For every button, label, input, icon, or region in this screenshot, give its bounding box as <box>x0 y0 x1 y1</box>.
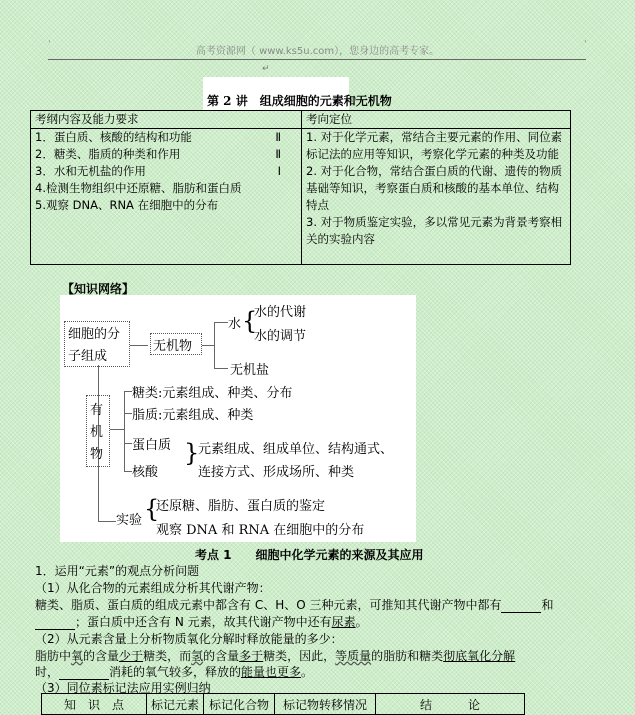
knowledge-network-diagram: 细胞的分 子组成 无机物 水 { 水的代谢 水的调节 无机盐 有 机 物 糖类:… <box>60 295 416 542</box>
orientation-list: 1. 对于化学元素，常结合主要元素的作用、同位素标记法的应用等知识，考察化学元素… <box>302 129 571 265</box>
section-title: 考点 1 细胞中化学元素的来源及其应用 <box>195 546 424 563</box>
paragraph: ；蛋白质中还含有 N 元素，故其代谢产物中还有尿素。 <box>35 613 368 630</box>
connector <box>124 413 132 414</box>
experiment-item: 观察 DNA 和 RNA 在细胞中的分布 <box>156 519 364 538</box>
requirement-item: 3．水和无机盐的作用Ⅰ <box>35 163 301 180</box>
orientation-header: 考向定位 <box>302 111 571 129</box>
paragraph: 1．运用“元素”的观点分析问题 <box>35 562 199 579</box>
requirement-item: 2．糖类、脂质的种类和作用Ⅱ <box>35 146 301 163</box>
organic-char: 有 <box>90 399 103 418</box>
paragraph: 脂肪中氧的含量少于糖类，而氢的含量多于糖类，因此，等质量的脂肪和糖类彻底氧化分解 <box>35 647 515 664</box>
requirements-table: 考纲内容及能力要求 考向定位 1．蛋白质、核酸的结构和功能Ⅱ 2．糖类、脂质的种… <box>30 110 571 265</box>
pn-detail: 元素组成、组成单位、结构通式、 <box>198 438 393 457</box>
connector <box>214 322 228 323</box>
connector <box>130 345 148 346</box>
connector <box>202 345 214 346</box>
column-header: 标记元素 <box>147 694 204 715</box>
connector <box>214 322 215 368</box>
protein-item: 蛋白质 <box>132 434 171 453</box>
requirement-item: 4.检测生物组织中还原糖、脂肪和蛋白质 <box>35 180 301 197</box>
requirements-header: 考纲内容及能力要求 <box>31 111 302 129</box>
column-header: 标记化合物 <box>204 694 275 715</box>
connector <box>124 443 132 444</box>
column-header: 知 识 点 <box>42 694 147 715</box>
lecture-title: 第 2 讲 组成细胞的元素和无机物 <box>207 92 392 109</box>
fill-blank[interactable] <box>35 615 75 630</box>
experiment-item: 还原糖、脂肪、蛋白质的鉴定 <box>156 495 325 514</box>
corner-mark: ˈ <box>48 40 50 50</box>
paragraph-mark: ↵ <box>350 96 358 106</box>
header-rule <box>48 59 586 60</box>
salt-label: 无机盐 <box>230 359 269 378</box>
connector <box>124 471 132 472</box>
paragraph-mark: ↵ <box>262 64 270 74</box>
pn-detail: 连接方式、形成场所、种类 <box>198 461 354 480</box>
connector <box>124 391 132 392</box>
site-header-text: 高考资源网（ www.ks5u.com），您身边的高考专家。 <box>0 42 635 57</box>
requirement-item: 5.观察 DNA、RNA 在细胞中的分布 <box>35 197 301 214</box>
experiment-label: 实验 <box>116 509 142 528</box>
requirement-item: 1．蛋白质、核酸的结构和功能Ⅱ <box>35 129 301 146</box>
inorganic-label: 无机物 <box>153 335 192 354</box>
orientation-item: 3. 对于物质鉴定实验，多以常见元素为背景考察相关的实验内容 <box>306 214 570 248</box>
lipid-item: 脂质:元素组成、种类 <box>132 404 253 423</box>
table-header-row: 知 识 点 标记元素 标记化合物 标记物转移情况 结 论 <box>42 694 525 715</box>
connector <box>110 429 124 430</box>
connector <box>214 368 228 369</box>
paragraph: （1）从化合物的元素组成分析其代谢产物： <box>35 579 271 596</box>
organic-char: 物 <box>90 443 103 462</box>
organic-char: 机 <box>90 421 103 440</box>
nucleic-item: 核酸 <box>132 461 158 480</box>
root-label-2: 子组成 <box>68 345 107 364</box>
fill-blank[interactable] <box>501 598 541 613</box>
orientation-item: 2. 对于化合物，常结合蛋白质的代谢、遗传的物质基础等知识，考察蛋白质和核酸的基… <box>306 163 570 214</box>
paragraph: 糖类、脂质、蛋白质的组成元素中都含有 C、H、O 三种元素，可推知其代谢产物中都… <box>35 596 554 613</box>
brace-icon: } <box>184 439 199 467</box>
corner-mark: ˈ <box>584 40 586 50</box>
orientation-item: 1. 对于化学元素，常结合主要元素的作用、同位素标记法的应用等知识，考察化学元素… <box>306 129 570 163</box>
water-label: 水 <box>228 313 241 332</box>
isotope-table: 知 识 点 标记元素 标记化合物 标记物转移情况 结 论 <box>41 693 525 715</box>
fill-blank[interactable] <box>59 665 109 680</box>
water-item: 水的调节 <box>254 325 306 344</box>
water-item: 水的代谢 <box>254 301 306 320</box>
column-header: 标记物转移情况 <box>275 694 376 715</box>
paragraph: （2）从元素含量上分析物质氧化分解时释放能量的多少： <box>35 630 343 647</box>
connector <box>98 521 116 522</box>
sugar-item: 糖类:元素组成、种类、分布 <box>132 382 292 401</box>
requirements-list: 1．蛋白质、核酸的结构和功能Ⅱ 2．糖类、脂质的种类和作用Ⅱ 3．水和无机盐的作… <box>31 129 302 265</box>
connector <box>124 391 125 471</box>
root-label-1: 细胞的分 <box>68 323 120 342</box>
column-header: 结 论 <box>376 694 525 715</box>
paragraph: 时， 消耗的氧气较多，释放的能量也更多。 <box>35 663 313 680</box>
